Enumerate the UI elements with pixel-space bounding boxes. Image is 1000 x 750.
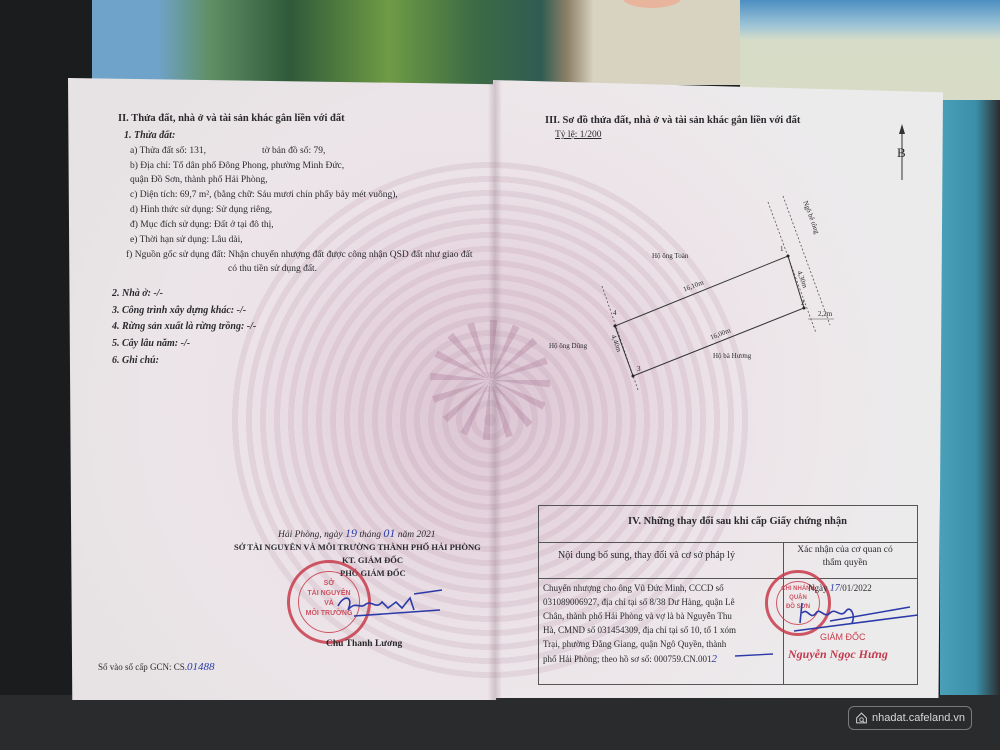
col-content-header: Nội dung bổ sung, thay đổi và cơ sở pháp… <box>558 551 735 561</box>
item-1-title: 1. Thửa đất: <box>124 131 175 141</box>
road-width: 2,2m <box>818 311 832 318</box>
background-painting <box>92 0 752 85</box>
entry-line: Trại, phường Đằng Giang, quận Ngô Quyền,… <box>543 640 726 649</box>
address-line-2: quận Đồ Sơn, thành phố Hải Phòng, <box>130 176 268 186</box>
house-search-icon <box>855 710 868 726</box>
entry-line: Chân, thành phố Hải Phòng và vợ là bà Ng… <box>543 612 732 621</box>
item-4-forest: 4. Rừng sản xuất là rừng trồng: -/- <box>112 322 256 332</box>
origin-line-2: có thu tiền sử dụng đất. <box>228 265 317 275</box>
section-iv-title: IV. Những thay đổi sau khi cấp Giấy chứn… <box>628 517 847 528</box>
signature-right <box>790 595 920 635</box>
usage-form: d) Hình thức sử dụng: Sử dụng riêng, <box>130 206 272 216</box>
handwritten-underline <box>735 650 775 660</box>
signature-left <box>330 588 450 623</box>
item-3-other-works: 3. Công trình xây dựng khác: -/- <box>112 306 246 316</box>
on-behalf-of: KT. GIÁM ĐỐC <box>342 556 403 565</box>
usage-purpose: đ) Mục đích sử dụng: Đất ở tại đô thị, <box>130 221 274 231</box>
map-sheet-number: tờ bản đồ số: 79, <box>262 147 325 157</box>
page-fold <box>488 80 502 700</box>
usage-term: e) Thời hạn sử dụng: Lâu dài, <box>130 236 243 246</box>
site-watermark: nhadat.cafeland.vn <box>848 706 972 730</box>
entry-line: phố Hải Phòng; theo hồ sơ số: 000759.CN.… <box>543 654 717 665</box>
parcel-number: a) Thửa đất số: 131, <box>130 147 206 157</box>
item-2-house: 2. Nhà ở: -/- <box>112 289 163 299</box>
watermark-text: nhadat.cafeland.vn <box>872 712 965 724</box>
neighbor-west: Hộ ông Dũng <box>549 343 587 350</box>
item-5-perennial: 5. Cây lâu năm: -/- <box>112 339 190 349</box>
point-1: 1 <box>780 246 784 253</box>
background-wall <box>740 0 1000 100</box>
registry-number: Số vào sổ cấp GCN: CS.01488 <box>98 662 215 673</box>
point-4: 4 <box>613 310 617 317</box>
confirm-title: GIÁM ĐỐC <box>820 633 866 642</box>
col-confirm-header: Xác nhận của cơ quan có thẩm quyền <box>790 544 900 570</box>
point-3: 3 <box>637 366 641 373</box>
neighbor-south: Hộ bà Hương <box>713 353 751 360</box>
address-line-1: b) Địa chỉ: Tổ dân phố Đông Phong, phườn… <box>130 162 344 172</box>
area: c) Diện tích: 69,7 m², (bằng chữ: Sáu mư… <box>130 191 398 201</box>
section-ii-title: II. Thửa đất, nhà ở và tài sản khác gắn … <box>118 114 345 125</box>
item-6-notes: 6. Ghi chú: <box>112 356 159 366</box>
neighbor-north: Hộ ông Toàn <box>652 253 688 260</box>
signer-name: Chu Thanh Lương <box>326 640 402 650</box>
confirm-date: Ngày 17/01/2022 <box>808 584 872 594</box>
origin-line-1: f) Nguồn gốc sử dụng đất: Nhận chuyển nh… <box>126 251 472 261</box>
signing-date: Hải Phòng, ngày 19 tháng 01 năm 2021 <box>278 527 436 541</box>
entry-line: Hà, CMND số 031454309, địa chỉ tại số 10… <box>543 626 736 635</box>
issuing-agency: SỞ TÀI NGUYÊN VÀ MÔI TRƯỜNG THÀNH PHỐ HẢ… <box>234 543 481 552</box>
parcel-diagram <box>590 120 940 390</box>
entry-line: 031089006927, địa chỉ tại số 8/38 Dư Hàn… <box>543 598 735 607</box>
point-2: 2 <box>801 300 805 307</box>
confirm-signer: Nguyễn Ngọc Hưng <box>788 648 888 660</box>
background-edge <box>940 100 1000 700</box>
entry-line: Chuyển nhượng cho ông Vũ Đức Minh, CCCD … <box>543 584 724 593</box>
